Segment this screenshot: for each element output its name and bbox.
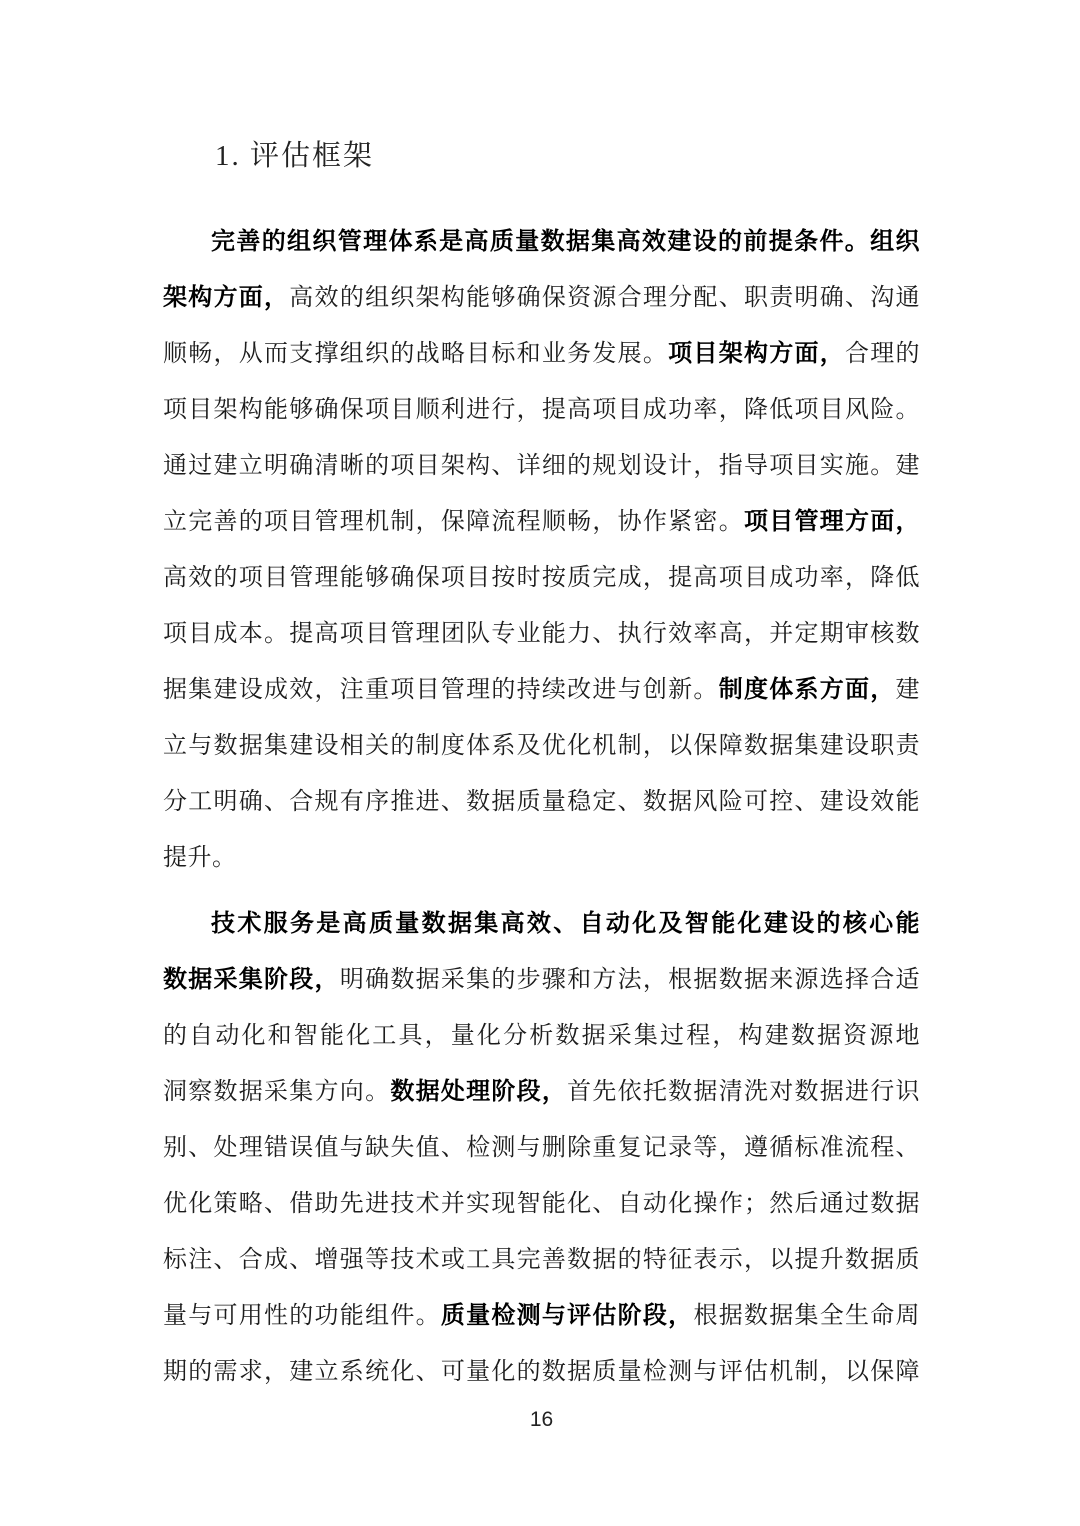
body-text: 立与数据集建设相关的制度体系及优化机制，以保障数据集建设职责 [163,733,920,759]
body-text: 项目架构能够确保项目顺利进行，提高项目成功率，降低项目风险。 [163,397,920,423]
body-text: 通过建立明确清晰的项目架构、详细的规划设计，指导项目实施。建 [163,453,920,479]
paragraph: 完善的组织管理体系是高质量数据集高效建设的前提条件。组织架构方面，高效的组织架构… [163,214,920,886]
body-text: 据集建设成效，注重项目管理的持续改进与创新。 [163,677,719,703]
body-text: 立完善的项目管理机制，保障流程顺畅，协作紧密。 [163,509,744,535]
body-text: 的自动化和智能化工具，量化分析数据采集过程，构建数据资源地图、 [163,1023,920,1064]
document-page: 1. 评估框架 完善的组织管理体系是高质量数据集高效建设的前提条件。组织架构方面… [0,0,1080,1526]
body-text: 高效的组织架构能够确保资源合理分配、职责明确、沟通 [289,285,920,311]
section-heading: 1. 评估框架 [215,136,920,176]
body-text: 优化策略、借助先进技术并实现智能化、自动化操作；然后通过数据 [163,1191,920,1217]
body-text: 期的需求，建立系统化、可量化的数据质量检测与评估机制，以保障 [163,1359,920,1385]
body-text: 项目成本。提高项目管理团队专业能力、执行效率高，并定期审核数 [163,621,920,647]
text-line: 项目成本。提高项目管理团队专业能力、执行效率高，并定期审核数 [163,606,920,662]
emphasis-text: 项目管理方面， [744,508,920,535]
body-text: 别、处理错误值与缺失值、检测与删除重复记录等，遵循标准流程、 [163,1135,920,1161]
text-line: 标注、合成、增强等技术或工具完善数据的特征表示，以提升数据质 [163,1232,920,1288]
text-line: 项目架构能够确保项目顺利进行，提高项目成功率，降低项目风险。 [163,382,920,438]
text-line: 立完善的项目管理机制，保障流程顺畅，协作紧密。项目管理方面， [163,494,920,550]
text-line: 数据采集阶段，明确数据采集的步骤和方法，根据数据来源选择合适 [163,952,920,1008]
text-line: 通过建立明确清晰的项目架构、详细的规划设计，指导项目实施。建 [163,438,920,494]
emphasis-text: 数据处理阶段， [390,1078,567,1105]
body-text: 洞察数据采集方向。 [163,1079,390,1105]
document-body: 完善的组织管理体系是高质量数据集高效建设的前提条件。组织架构方面，高效的组织架构… [163,214,920,1400]
emphasis-text: 数据采集阶段， [163,966,340,993]
text-line: 提升。 [163,830,920,886]
emphasis-text: 架构方面， [163,284,289,311]
text-line: 高效的项目管理能够确保项目按时按质完成，提高项目成功率，降低 [163,550,920,606]
emphasis-text: 质量检测与评估阶段， [441,1302,694,1329]
text-line: 完善的组织管理体系是高质量数据集高效建设的前提条件。组织 [163,214,920,270]
text-line: 期的需求，建立系统化、可量化的数据质量检测与评估机制，以保障 [163,1344,920,1400]
text-line: 别、处理错误值与缺失值、检测与删除重复记录等，遵循标准流程、 [163,1120,920,1176]
text-line: 的自动化和智能化工具，量化分析数据采集过程，构建数据资源地图、 [163,1008,920,1064]
text-line: 优化策略、借助先进技术并实现智能化、自动化操作；然后通过数据 [163,1176,920,1232]
text-line: 架构方面，高效的组织架构能够确保资源合理分配、职责明确、沟通 [163,270,920,326]
paragraph: 技术服务是高质量数据集高效、自动化及智能化建设的核心能力。数据采集阶段，明确数据… [163,896,920,1400]
text-line: 立与数据集建设相关的制度体系及优化机制，以保障数据集建设职责 [163,718,920,774]
text-line: 量与可用性的功能组件。质量检测与评估阶段，根据数据集全生命周 [163,1288,920,1344]
page-number: 16 [163,1408,920,1432]
body-text: 提升。 [163,845,237,871]
body-text: 明确数据采集的步骤和方法，根据数据来源选择合适 [340,967,920,993]
text-line: 洞察数据采集方向。数据处理阶段，首先依托数据清洗对数据进行识 [163,1064,920,1120]
body-text: 根据数据集全生命周 [693,1303,920,1329]
body-text: 量与可用性的功能组件。 [163,1303,441,1329]
body-text: 建 [896,677,920,703]
emphasis-text: 项目架构方面， [668,340,845,367]
body-text: 高效的项目管理能够确保项目按时按质完成，提高项目成功率，降低 [163,565,920,591]
body-text: 标注、合成、增强等技术或工具完善数据的特征表示，以提升数据质 [163,1247,920,1273]
text-line: 分工明确、合规有序推进、数据质量稳定、数据风险可控、建设效能 [163,774,920,830]
body-text: 顺畅，从而支撑组织的战略目标和业务发展。 [163,341,668,367]
body-text: 分工明确、合规有序推进、数据质量稳定、数据风险可控、建设效能 [163,789,920,815]
body-text: 合理的 [845,341,920,367]
text-line: 顺畅，从而支撑组织的战略目标和业务发展。项目架构方面，合理的 [163,326,920,382]
text-line: 据集建设成效，注重项目管理的持续改进与创新。制度体系方面，建 [163,662,920,718]
emphasis-text: 完善的组织管理体系是高质量数据集高效建设的前提条件。组织 [211,228,920,255]
body-text: 首先依托数据清洗对数据进行识 [567,1079,920,1105]
emphasis-text: 技术服务是高质量数据集高效、自动化及智能化建设的核心能力。 [163,910,920,952]
text-line: 技术服务是高质量数据集高效、自动化及智能化建设的核心能力。 [163,896,920,952]
emphasis-text: 制度体系方面， [719,676,896,703]
